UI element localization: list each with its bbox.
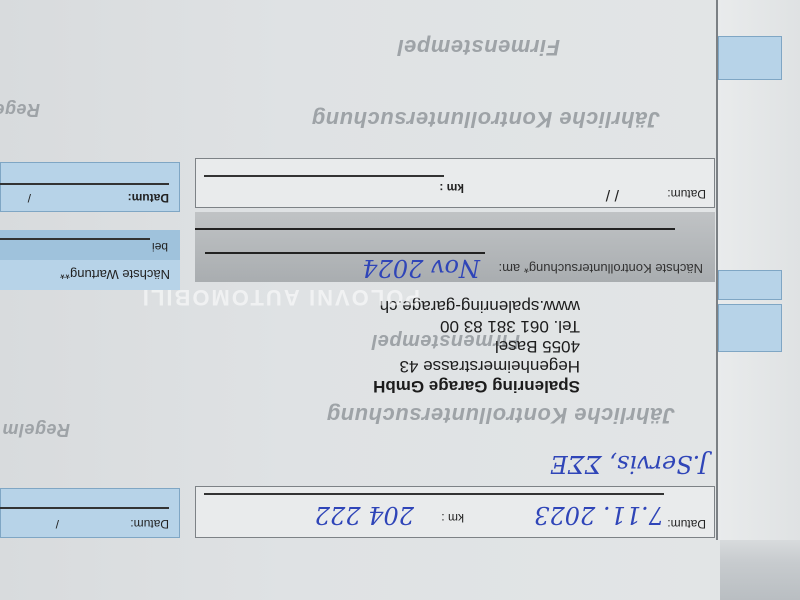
next-check-underline (205, 253, 485, 255)
facing-date-box-1: Datum: / (0, 488, 180, 538)
facing-underline-1 (0, 508, 169, 510)
service-entry-row-2: Datum: / / km : (195, 158, 715, 208)
adjacent-blue-box-bottom (718, 36, 782, 80)
facing-bei-bar: bei (0, 230, 180, 260)
next-check-line-2 (195, 229, 675, 231)
facing-date-label-2: Datum: (128, 191, 169, 205)
next-service-label: Nächste Wartung** (60, 267, 170, 282)
km-value: 204 222 (315, 501, 414, 529)
stamp-city: 4055 Basel (495, 336, 580, 356)
entry-underline (204, 494, 664, 496)
km-underline-2 (204, 176, 444, 178)
facing-underline-2 (0, 184, 169, 186)
facing-section-fragment: Regelm (2, 419, 70, 440)
facing-date-sep-1: / (56, 517, 59, 531)
service-entry-row-1: Datum: 7.11. 2023 km : 204 222 (195, 486, 715, 538)
facing-next-service: Nächste Wartung** (0, 260, 180, 290)
km-label-2: km : (439, 181, 464, 195)
facing-date-label-1: Datum: (130, 517, 169, 531)
stamp-phone: Tel. 061 381 83 00 (440, 316, 580, 336)
stamp-company: Spalenring Garage GmbH (373, 376, 580, 396)
date-placeholder-2: / / (606, 185, 619, 203)
facing-section-fragment-2: Rege (0, 99, 40, 120)
adjacent-blue-box-1 (718, 304, 782, 352)
adjacent-blue-box-2 (718, 270, 782, 300)
booklet-page-adjacent (716, 0, 800, 540)
section-title-ghost-2: Jährliche Kontrolluntersuchung (311, 106, 660, 132)
date-label-2: Datum: (667, 187, 706, 201)
section-title-ghost: Jährliche Kontrolluntersuchung (326, 402, 675, 428)
next-check-value: Nov 2024 (362, 254, 480, 282)
date-label: Datum: (667, 517, 706, 531)
facing-page-fragment: Datum: / Regelm Nächste Wartung** bei Da… (0, 0, 190, 600)
next-check-bar: Nächste Kontrolluntersuchung* am: Nov 20… (195, 212, 715, 282)
bei-underline (0, 239, 150, 241)
stamp-street: Hegenheimerstrasse 43 (400, 356, 580, 376)
stamp-ghost-label-2: Firmenstempel (397, 34, 560, 60)
handwritten-note: J.Servis, ΣΣΕ (550, 450, 708, 478)
bei-label: bei (152, 240, 168, 254)
facing-date-box-2: Datum: / (0, 162, 180, 212)
next-check-label: Nächste Kontrolluntersuchung* am: (498, 261, 703, 276)
km-label: km : (441, 511, 464, 525)
facing-date-sep-2: / (28, 191, 31, 205)
date-value: 7.11. 2023 (534, 501, 664, 529)
booklet-photo: Datum: 7.11. 2023 km : 204 222 J.Servis,… (0, 0, 800, 600)
